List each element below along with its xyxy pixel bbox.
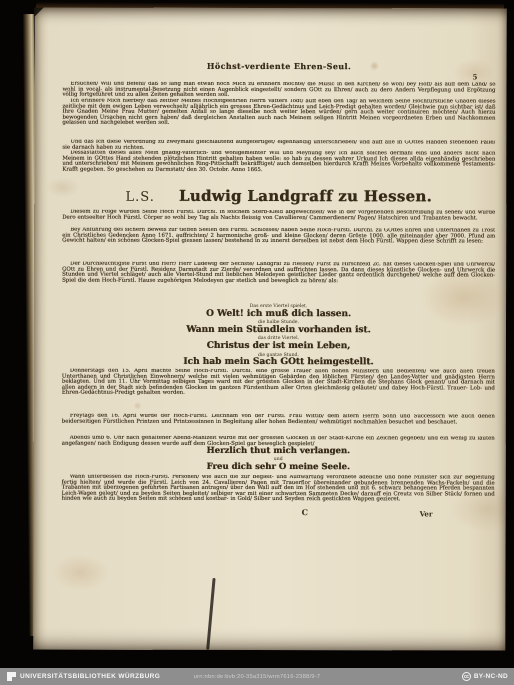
verse-line: Wann mein Stündlein vorhanden ist. <box>186 326 370 336</box>
creative-commons-icon: cc <box>462 672 471 681</box>
page-scan: Höchst-verdiente Ehren-Seul. 5 Ersuchen/… <box>33 8 506 651</box>
hymn-title: Freu dich sehr O meine Seele. <box>207 463 350 472</box>
hymn-title: Herzlich thut mich verlangen. <box>206 447 349 456</box>
library-branding: UNIVERSITÄTSBIBLIOTHEK WÜRZBURG <box>0 672 160 681</box>
catchword: Ver <box>420 509 433 518</box>
library-name: UNIVERSITÄTSBIBLIOTHEK WÜRZBURG <box>20 673 160 680</box>
paragraph: Freytags den 16. April wurde der Hoch-Fü… <box>62 414 495 437</box>
urn-identifier: urn:nbn:de:bvb:20-35a315/wrm7616-2388/9-… <box>194 674 320 680</box>
section-heading: L.S. Ludwig Landgraff zu Hessen. <box>62 187 495 206</box>
paragraph: Donnerstags den 15. April machte Seine H… <box>62 369 495 414</box>
university-library-logo-icon <box>7 672 16 681</box>
cc-license-badge: cc BY-NC-ND <box>462 672 508 681</box>
paragraph: Bey Anführung des sichern Beweis zur tie… <box>62 228 495 263</box>
footer-bar: UNIVERSITÄTSBIBLIOTHEK WÜRZBURG urn:nbn:… <box>0 668 514 685</box>
page-number: 5 <box>473 72 478 81</box>
paragraph: Ich erinnere Mich hierbey/ daß zeither M… <box>62 99 495 141</box>
running-header: Höchst-verdiente Ehren-Seul. <box>63 61 496 72</box>
verse-line: Christus der ist mein Leben, <box>207 342 351 352</box>
paragraph: Der Durchleuchtigste Fürst und Herr/ Her… <box>62 262 495 307</box>
section-heading-title: Ludwig Landgraff zu Hessen. <box>179 187 432 206</box>
paragraph: Ersuchen/ Will und Befehl/ daß so lang m… <box>62 82 495 100</box>
paragraph: Wann unterdessen die Hoch-Fürstl. Person… <box>62 475 495 505</box>
paragraph: Und das Ich diese Verordnung zu zweymahl… <box>62 140 495 152</box>
license-label: BY-NC-ND <box>474 673 508 680</box>
seal-sigil: L.S. <box>125 190 154 205</box>
hymn-titles-block: Herzlich thut mich verlangen. und Freu d… <box>62 447 495 473</box>
verse-line: O Welt! ich muß dich lassen. <box>206 310 351 320</box>
hymn-verse-block: Das erste Viertel spielet. O Welt! ich m… <box>62 304 495 369</box>
paragraph: Diesem zu Folge wurden Seine Hoch Fürstl… <box>62 210 495 229</box>
paragraph: Dessastatten dieses alles Mein gnädig-vä… <box>62 151 495 186</box>
page-shadow-streak <box>206 578 215 650</box>
verse-line: Ich hab mein Sach GOtt heimgestellt. <box>183 358 373 368</box>
page-corner-fold <box>35 8 44 17</box>
signature-mark: C <box>302 507 308 517</box>
